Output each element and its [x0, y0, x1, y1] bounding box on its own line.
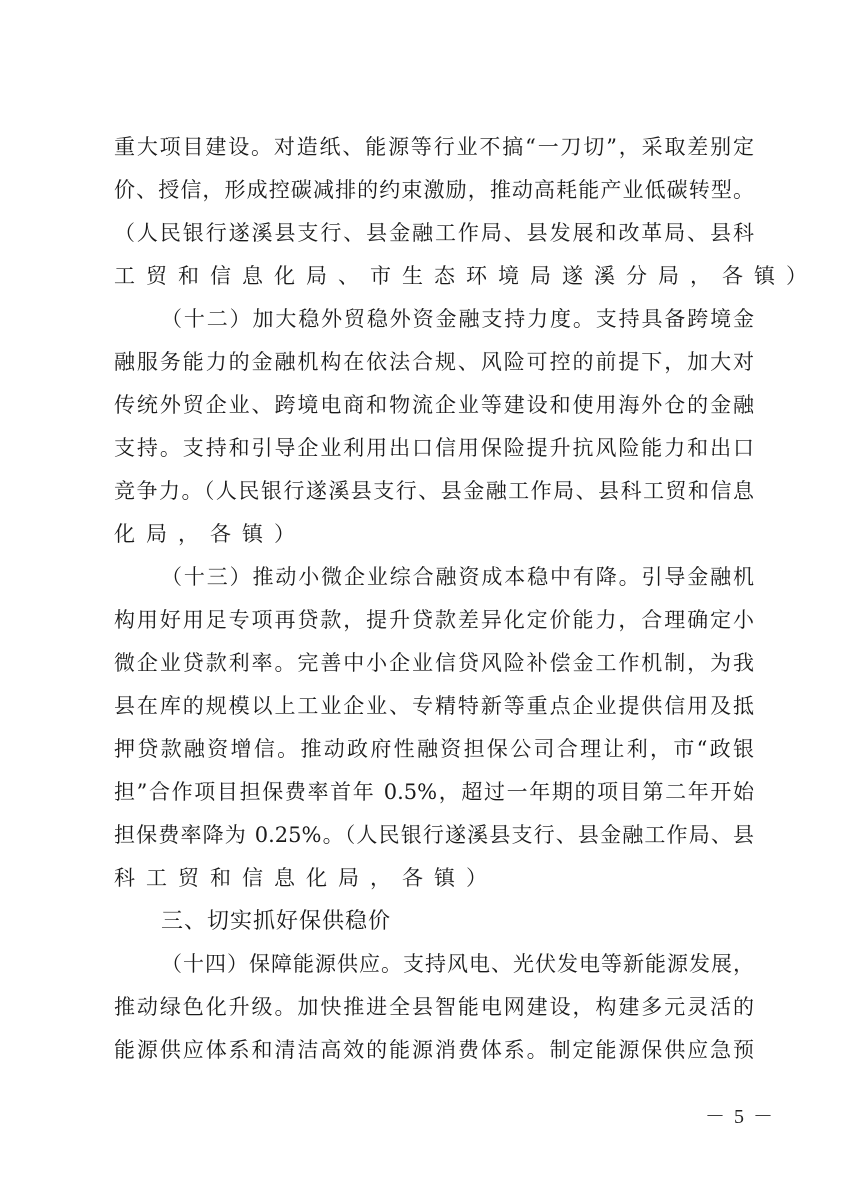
- page-number: － 5 －: [700, 1100, 780, 1129]
- text-line: 竞争力。（人民银行遂溪县支行、县金融工作局、县科工贸和信息: [114, 470, 754, 513]
- paragraph-item-13: （十三）推动小微企业综合融资成本稳中有降。引导金融机 构用好用足专项再贷款，提升…: [114, 556, 754, 900]
- text-line: 微企业贷款利率。完善中小企业信贷风险补偿金工作机制，为我: [114, 642, 754, 685]
- text-line: 担”合作项目担保费率首年 0.5%，超过一年期的项目第二年开始: [114, 771, 754, 814]
- text-line: 能源供应体系和清洁高效的能源消费体系。制定能源保供应急预: [114, 1029, 754, 1072]
- text-line: 支持。支持和引导企业利用出口信用保险提升抗风险能力和出口: [114, 427, 754, 470]
- section-heading: 三、切实抓好保供稳价: [114, 900, 754, 943]
- text-line: （十四）保障能源供应。支持风电、光伏发电等新能源发展，: [114, 943, 754, 986]
- text-line: 押贷款融资增信。推动政府性融资担保公司合理让利，市“政银: [114, 728, 754, 771]
- text-line: 担保费率降为 0.25%。（人民银行遂溪县支行、县金融工作局、县: [114, 814, 754, 857]
- text-line: 化局，各镇）: [114, 513, 754, 556]
- paragraph-item-12: （十二）加大稳外贸稳外资金融支持力度。支持具备跨境金 融服务能力的金融机构在依法…: [114, 298, 754, 556]
- text-line: 价、授信，形成控碳减排的约束激励，推动高耗能产业低碳转型。: [114, 169, 754, 212]
- text-line: （十三）推动小微企业综合融资成本稳中有降。引导金融机: [114, 556, 754, 599]
- text-line: 构用好用足专项再贷款，提升贷款差异化定价能力，合理确定小: [114, 599, 754, 642]
- text-line: （人民银行遂溪县支行、县金融工作局、县发展和改革局、县科: [114, 212, 754, 255]
- text-line: 县在库的规模以上工业企业、专精特新等重点企业提供信用及抵: [114, 685, 754, 728]
- text-line: 重大项目建设。对造纸、能源等行业不搞“一刀切”，采取差别定: [114, 126, 754, 169]
- text-line: 工贸和信息化局、市生态环境局遂溪分局，各镇）: [114, 255, 754, 298]
- text-line: 传统外贸企业、跨境电商和物流企业等建设和使用海外仓的金融: [114, 384, 754, 427]
- paragraph-continued: 重大项目建设。对造纸、能源等行业不搞“一刀切”，采取差别定 价、授信，形成控碳减…: [114, 126, 754, 298]
- text-line: 推动绿色化升级。加快推进全县智能电网建设，构建多元灵活的: [114, 986, 754, 1029]
- text-line: 融服务能力的金融机构在依法合规、风险可控的前提下，加大对: [114, 341, 754, 384]
- paragraph-item-14: （十四）保障能源供应。支持风电、光伏发电等新能源发展， 推动绿色化升级。加快推进…: [114, 943, 754, 1072]
- text-line: 科工贸和信息化局，各镇）: [114, 857, 754, 900]
- document-page: 重大项目建设。对造纸、能源等行业不搞“一刀切”，采取差别定 价、授信，形成控碳减…: [114, 126, 754, 1072]
- text-line: （十二）加大稳外贸稳外资金融支持力度。支持具备跨境金: [114, 298, 754, 341]
